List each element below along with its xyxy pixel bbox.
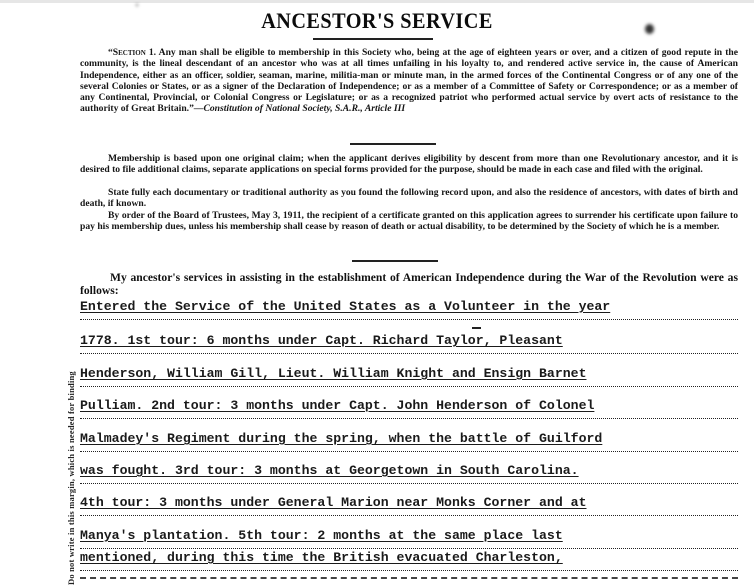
service-line[interactable]: was fought. 3rd tour: 3 months at George… — [80, 463, 738, 484]
membership-paragraph: Membership is based upon one original cl… — [80, 153, 738, 176]
intro-divider — [352, 260, 438, 262]
section-citation: —Constitution of National Society, S.A.R… — [194, 103, 405, 114]
binding-margin-note: Do not write in this margin, which is ne… — [66, 305, 76, 585]
section-1-paragraph: “Section 1. Any man shall be eligible to… — [80, 47, 738, 115]
authority-paragraph: State fully each documentary or traditio… — [80, 187, 738, 210]
service-line[interactable]: 4th tour: 3 months under General Marion … — [80, 495, 738, 516]
service-line[interactable]: Henderson, William Gill, Lieut. William … — [80, 366, 738, 387]
trustees-paragraph: By order of the Board of Trustees, May 3… — [80, 210, 738, 233]
top-border — [0, 0, 754, 3]
service-line[interactable]: 1778. 1st tour: 6 months under Capt. Ric… — [80, 333, 738, 354]
stray-mark — [472, 327, 481, 329]
service-line[interactable]: Manya's plantation. 5th tour: 2 months a… — [80, 528, 738, 549]
page-title: ANCESTOR'S SERVICE — [30, 8, 724, 34]
service-line[interactable]: mentioned, during this time the British … — [80, 550, 738, 571]
service-line[interactable]: Pulliam. 2nd tour: 3 months under Capt. … — [80, 398, 738, 419]
services-intro: My ancestor's services in assisting in t… — [80, 271, 738, 297]
title-divider — [313, 38, 433, 40]
section-text: Any man shall be eligible to membership … — [80, 47, 738, 114]
blank-service-line[interactable] — [80, 577, 738, 579]
service-line[interactable]: Entered the Service of the United States… — [80, 299, 738, 320]
ink-speck — [136, 4, 138, 6]
section-divider — [350, 143, 436, 145]
section-label: “Section 1. — [108, 47, 156, 58]
service-line[interactable]: Malmadey's Regiment during the spring, w… — [80, 431, 738, 452]
